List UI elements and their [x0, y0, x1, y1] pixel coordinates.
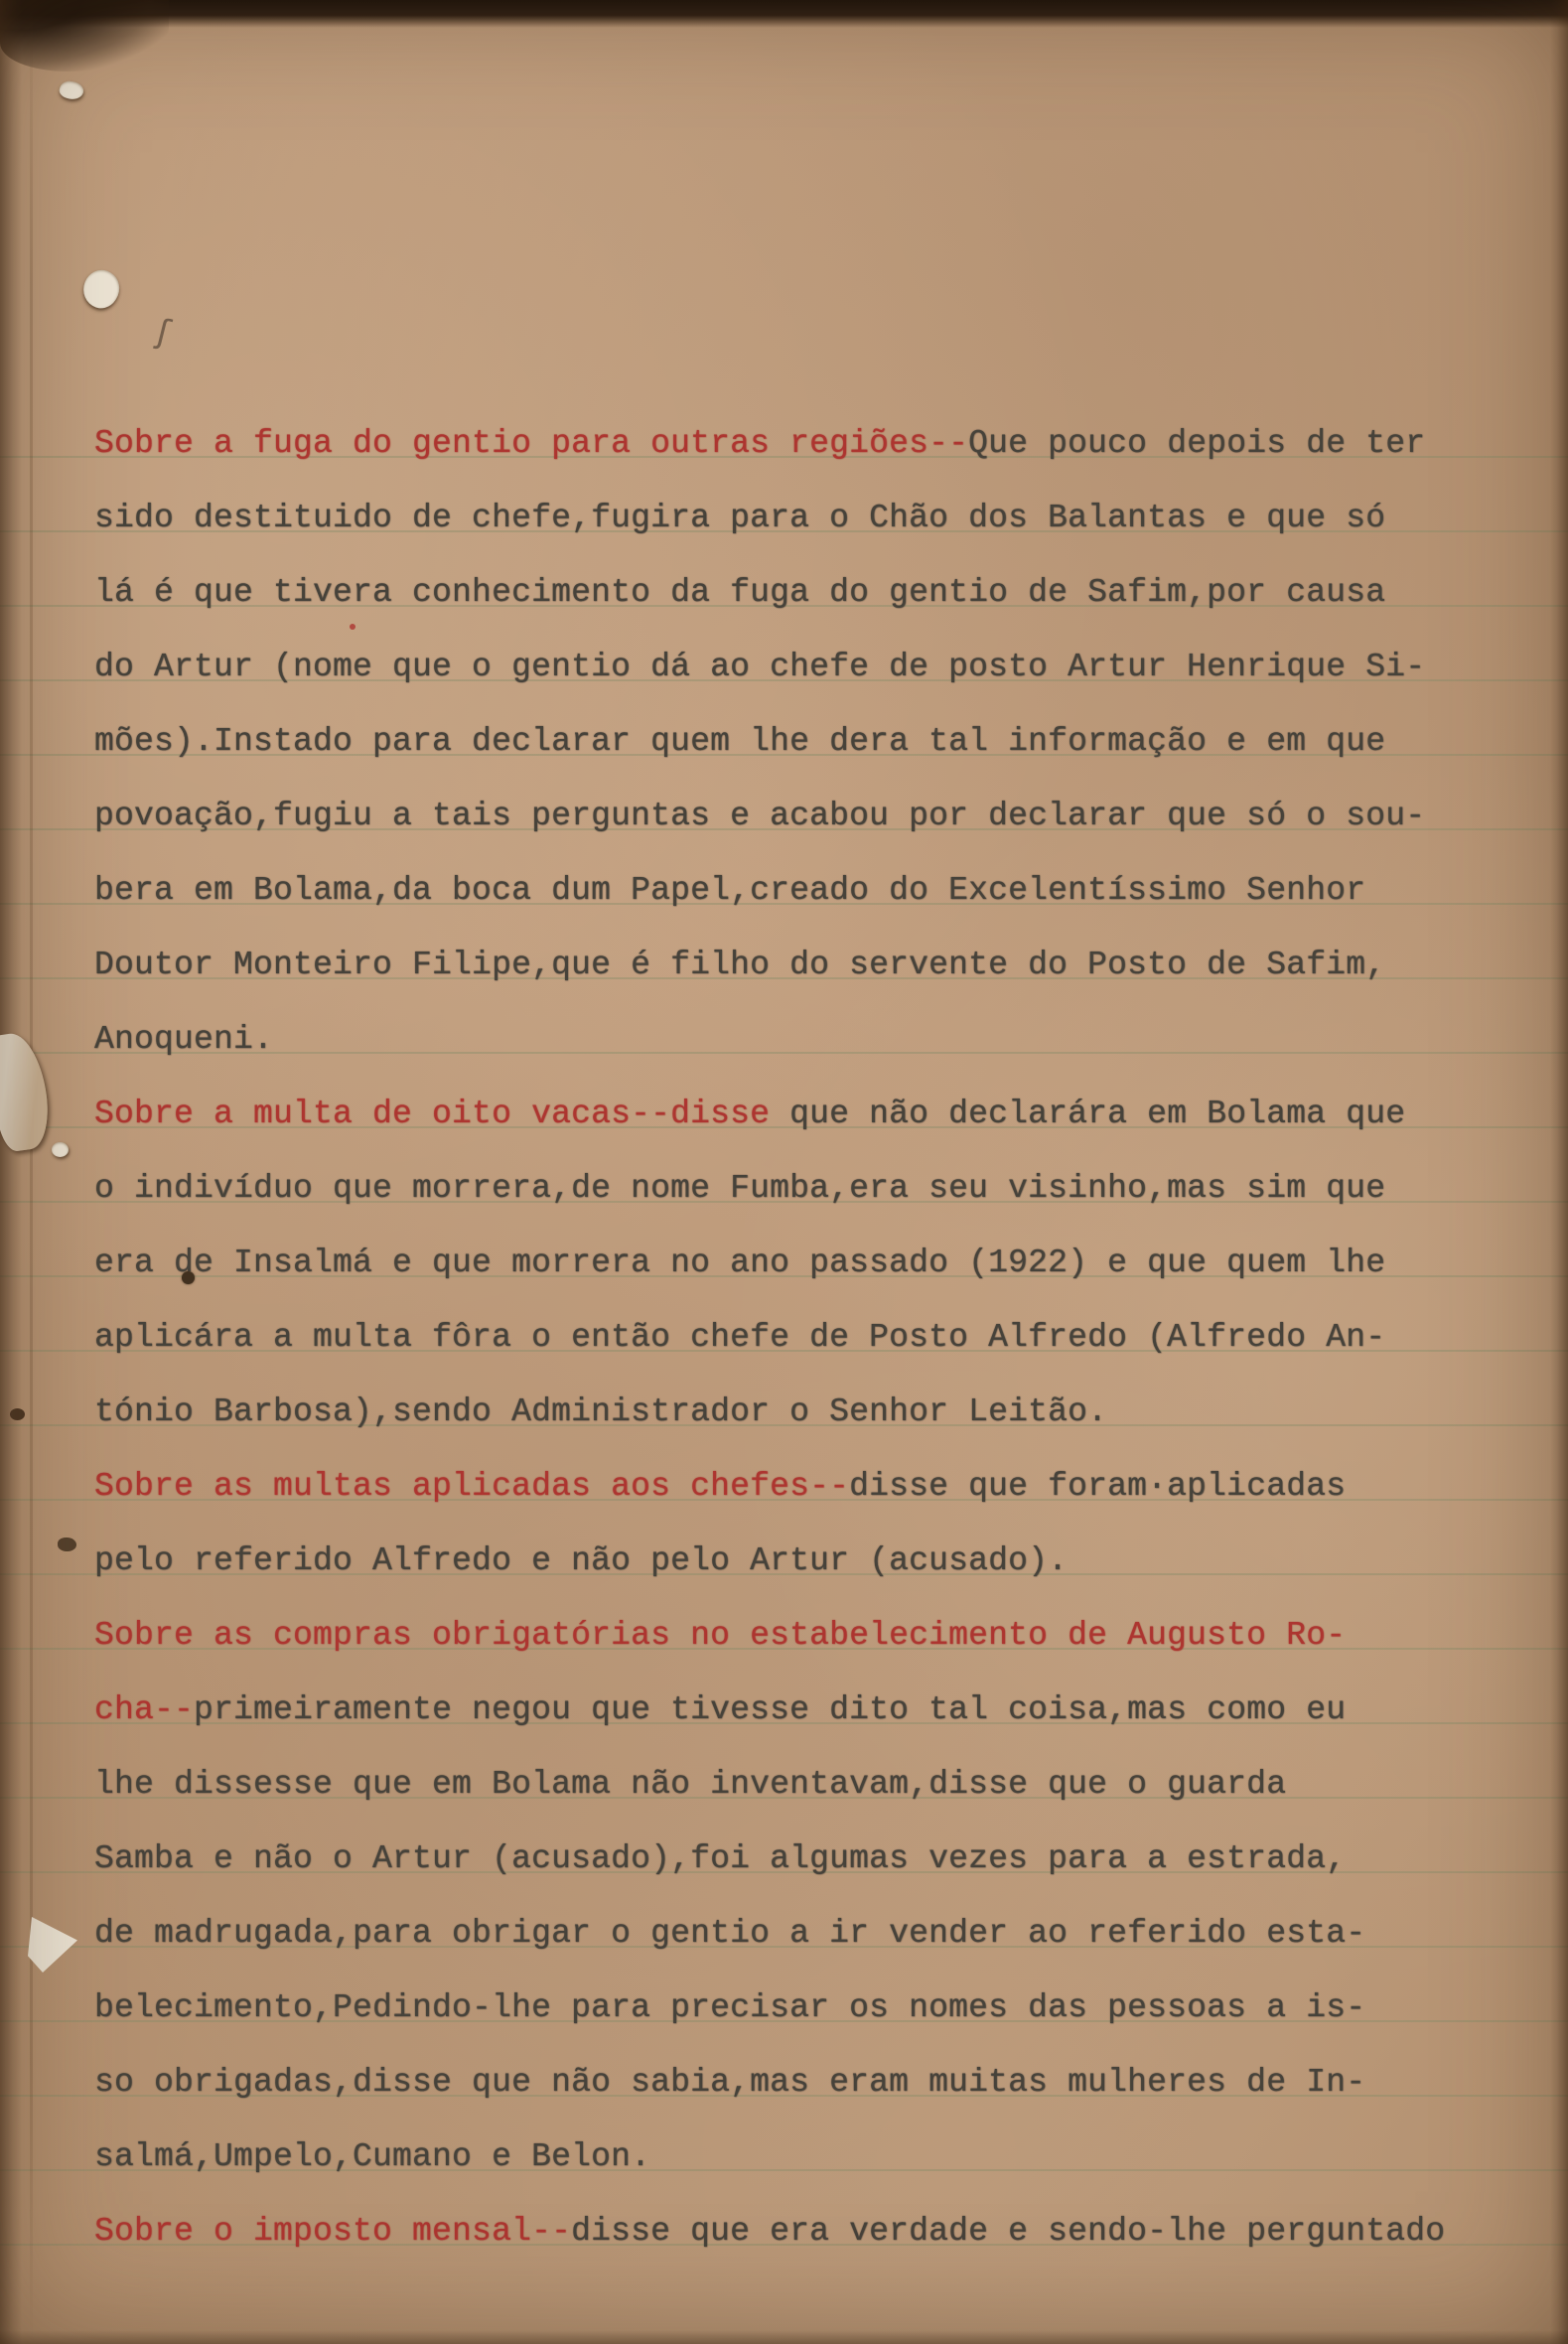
- body-segment: sido destituido de chefe,fugira para o C…: [94, 500, 1385, 536]
- body-segment: mões).Instado para declarar quem lhe der…: [94, 723, 1385, 760]
- text-line: sido destituido de chefe,fugira para o C…: [94, 481, 1528, 555]
- heading-segment: cha--: [94, 1691, 194, 1728]
- text-line: belecimento,Pedindo-lhe para precisar os…: [94, 1971, 1528, 2045]
- heading-segment: Sobre a multa de oito vacas--disse: [94, 1096, 770, 1132]
- paper-tear: [28, 1917, 77, 1973]
- body-segment: so obrigadas,disse que não sabia,mas era…: [94, 2064, 1365, 2101]
- text-line: tónio Barbosa),sendo Administrador o Sen…: [94, 1375, 1528, 1449]
- right-paper-edge: [1550, 0, 1568, 2344]
- left-paper-edge: [0, 0, 22, 2344]
- body-segment: do Artur (nome que o gentio dá ao chefe …: [94, 649, 1425, 685]
- text-line: so obrigadas,disse que não sabia,mas era…: [94, 2045, 1528, 2120]
- bottom-paper-edge: [0, 2330, 1568, 2344]
- body-segment: disse que foram·aplicadas: [849, 1468, 1346, 1505]
- text-line: Sobre a fuga do gentio para outras regiõ…: [94, 406, 1528, 481]
- heading-segment: Sobre as compras obrigatórias no estabel…: [94, 1617, 1346, 1654]
- text-line: Sobre as compras obrigatórias no estabel…: [94, 1598, 1528, 1673]
- body-segment: tónio Barbosa),sendo Administrador o Sen…: [94, 1393, 1107, 1430]
- text-line: lhe dissesse que em Bolama não inventava…: [94, 1747, 1528, 1822]
- stray-ink-mark: ʃ: [152, 312, 201, 364]
- body-segment: belecimento,Pedindo-lhe para precisar os…: [94, 1989, 1365, 2026]
- text-line: mões).Instado para declarar quem lhe der…: [94, 704, 1528, 779]
- text-line: lá é que tivera conhecimento da fuga do …: [94, 555, 1528, 630]
- body-segment: era de Insalmá e que morrera no ano pass…: [94, 1245, 1385, 1281]
- text-line: salmá,Umpelo,Cumano e Belon.: [94, 2120, 1528, 2194]
- text-line: Anoqueni.: [94, 1002, 1528, 1077]
- text-line: pelo referido Alfredo e não pelo Artur (…: [94, 1524, 1528, 1598]
- text-line: era de Insalmá e que morrera no ano pass…: [94, 1226, 1528, 1300]
- dark-corner-top-left: [0, 0, 169, 72]
- text-line: Sobre o imposto mensal--disse que era ve…: [94, 2194, 1528, 2269]
- body-segment: Doutor Monteiro Filipe,que é filho do se…: [94, 947, 1385, 983]
- heading-segment: Sobre a fuga do gentio para outras regiõ…: [94, 425, 968, 462]
- body-segment: de madrugada,para obrigar o gentio a ir …: [94, 1915, 1365, 1952]
- text-line: povoação,fugiu a tais perguntas e acabou…: [94, 779, 1528, 853]
- paper-damage: [76, 263, 127, 314]
- left-crease: [30, 0, 33, 2344]
- typed-text-block: Sobre a fuga do gentio para outras regiõ…: [94, 406, 1528, 2269]
- body-segment: o indivíduo que morrera,de nome Fumba,er…: [94, 1170, 1385, 1207]
- text-line: o indivíduo que morrera,de nome Fumba,er…: [94, 1151, 1528, 1226]
- body-segment: salmá,Umpelo,Cumano e Belon.: [94, 2138, 650, 2175]
- dark-speck: [58, 1538, 76, 1551]
- body-segment: Que pouco depois de ter: [968, 425, 1425, 462]
- text-line: cha--primeiramente negou que tivesse dit…: [94, 1673, 1528, 1747]
- body-segment: lhe dissesse que em Bolama não inventava…: [94, 1766, 1286, 1803]
- paper-damage: [58, 78, 85, 103]
- body-segment: Anoqueni.: [94, 1021, 273, 1058]
- body-segment: bera em Bolama,da boca dum Papel,creado …: [94, 872, 1365, 909]
- paper-damage: [52, 1142, 69, 1157]
- text-line: bera em Bolama,da boca dum Papel,creado …: [94, 853, 1528, 928]
- heading-segment: Sobre as multas aplicadas aos chefes--: [94, 1468, 849, 1505]
- torn-top-edge: [0, 0, 1568, 28]
- text-line: Doutor Monteiro Filipe,que é filho do se…: [94, 928, 1528, 1002]
- text-line: de madrugada,para obrigar o gentio a ir …: [94, 1896, 1528, 1971]
- text-line: Sobre as multas aplicadas aos chefes--di…: [94, 1449, 1528, 1524]
- body-segment: disse que era verdade e sendo-lhe pergun…: [571, 2213, 1445, 2250]
- body-segment: povoação,fugiu a tais perguntas e acabou…: [94, 798, 1425, 834]
- heading-segment: Sobre o imposto mensal--: [94, 2213, 571, 2250]
- body-segment: Samba e não o Artur (acusado),foi alguma…: [94, 1840, 1346, 1877]
- text-line: Samba e não o Artur (acusado),foi alguma…: [94, 1822, 1528, 1896]
- text-line: Sobre a multa de oito vacas--disse que n…: [94, 1077, 1528, 1151]
- body-segment: primeiramente negou que tivesse dito tal…: [194, 1691, 1346, 1728]
- body-segment: que não declarára em Bolama que: [770, 1096, 1405, 1132]
- text-line: do Artur (nome que o gentio dá ao chefe …: [94, 630, 1528, 704]
- body-segment: lá é que tivera conhecimento da fuga do …: [94, 574, 1385, 611]
- body-segment: aplicára a multa fôra o então chefe de P…: [94, 1319, 1385, 1356]
- text-line: aplicára a multa fôra o então chefe de P…: [94, 1300, 1528, 1375]
- document-page: Sobre a fuga do gentio para outras regiõ…: [0, 0, 1568, 2344]
- body-segment: pelo referido Alfredo e não pelo Artur (…: [94, 1542, 1068, 1579]
